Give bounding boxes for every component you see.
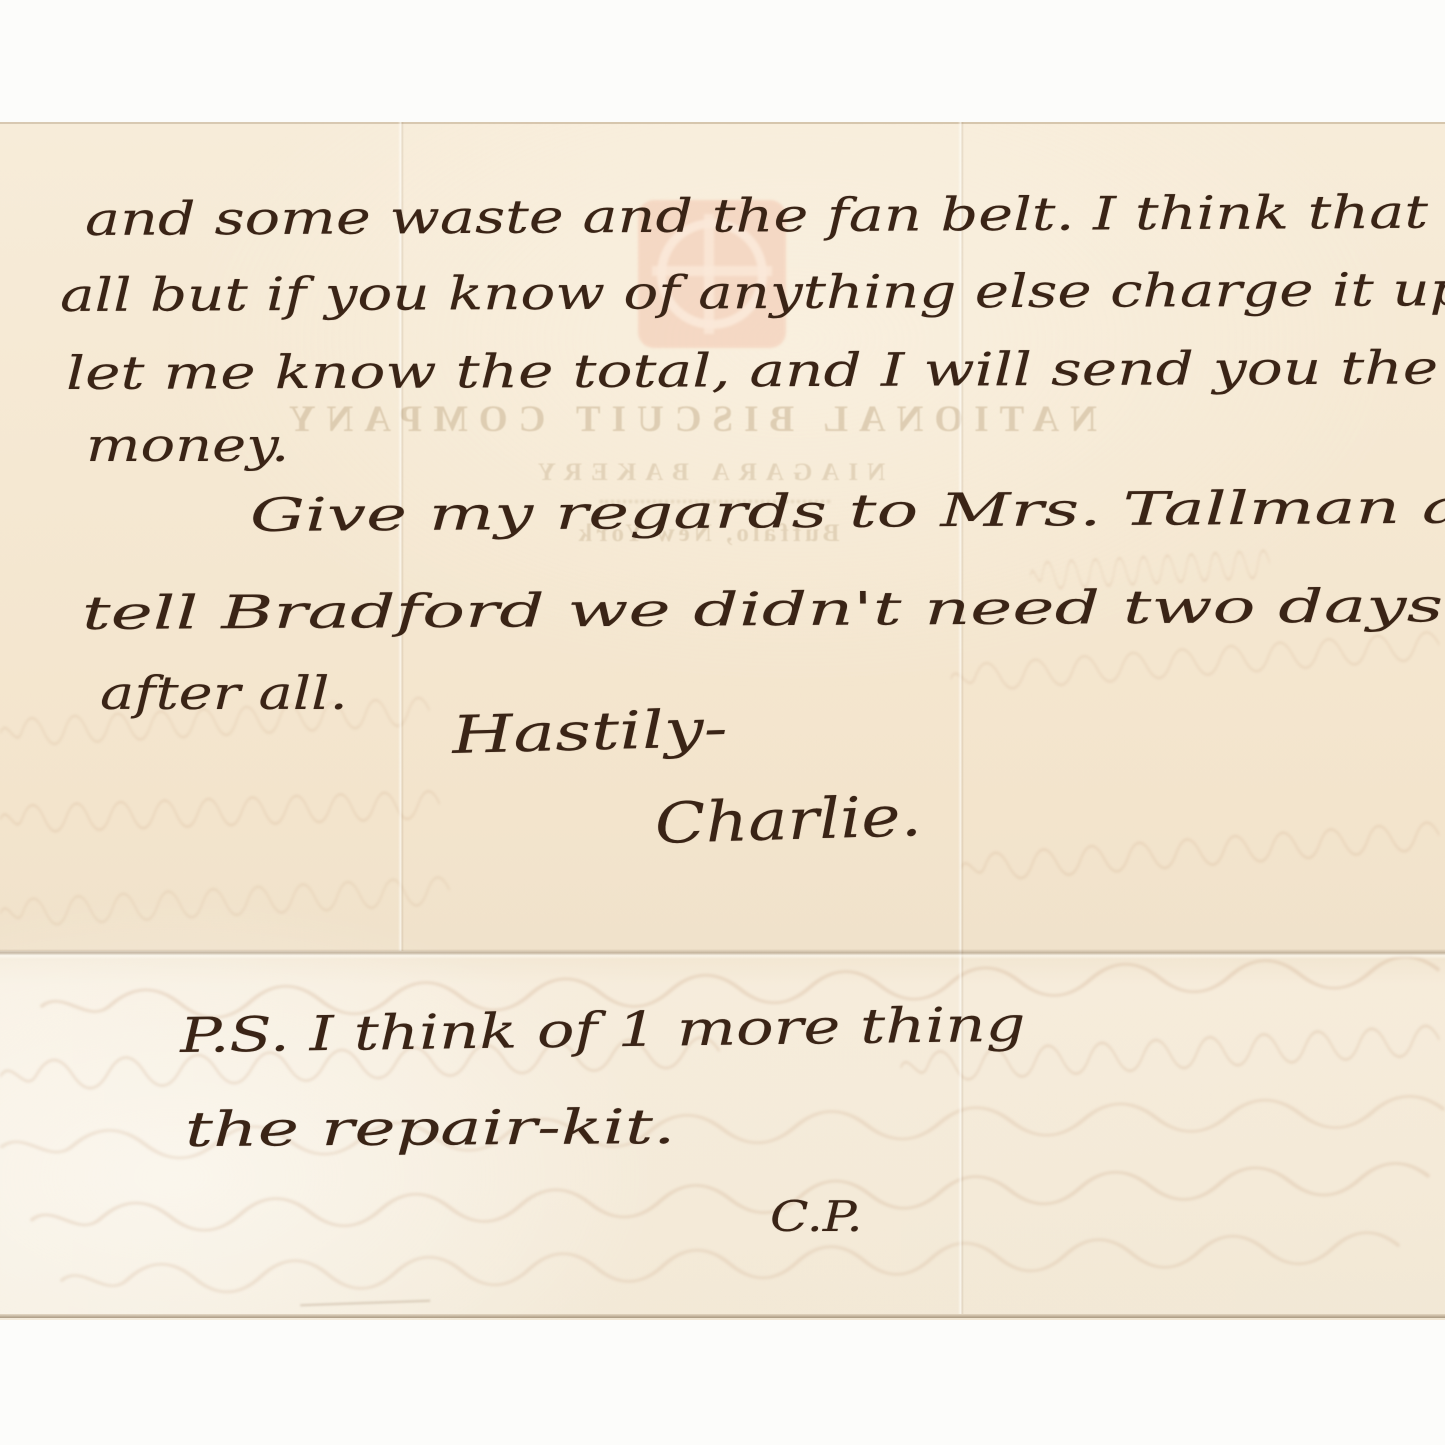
postscript-line: the repair-kit. <box>185 1099 676 1158</box>
postscript-line: P.S. I think of 1 more thing <box>179 997 1026 1064</box>
handwriting-line: tell Bradford we didn't need two days <box>82 578 1444 640</box>
handwriting-line: Give my regards to Mrs. Tallman and <box>250 479 1445 542</box>
bleedthrough-bakery-line: NIAGARA BAKERY <box>527 459 887 487</box>
paper-bottom-edge <box>0 1314 1445 1318</box>
signature: Charlie. <box>654 784 923 857</box>
bleedthrough-company-name: NATIONAL BISCUIT COMPANY <box>337 398 1097 441</box>
handwriting-line: let me know the total, and I will send y… <box>66 340 1439 400</box>
handwriting-line: all but if you know of anything else cha… <box>60 262 1445 322</box>
handwriting-line: after all. <box>100 666 348 720</box>
horizontal-fold-line <box>0 949 1445 959</box>
handwriting-line: and some waste and the fan belt. I think… <box>85 184 1445 246</box>
handwriting-line: money. <box>86 418 289 472</box>
letter-photograph: NATIONAL BISCUIT COMPANY NIAGARA BAKERY … <box>0 0 1445 1445</box>
initials: C.P. <box>770 1192 863 1241</box>
closing-line: Hastily- <box>451 699 729 766</box>
